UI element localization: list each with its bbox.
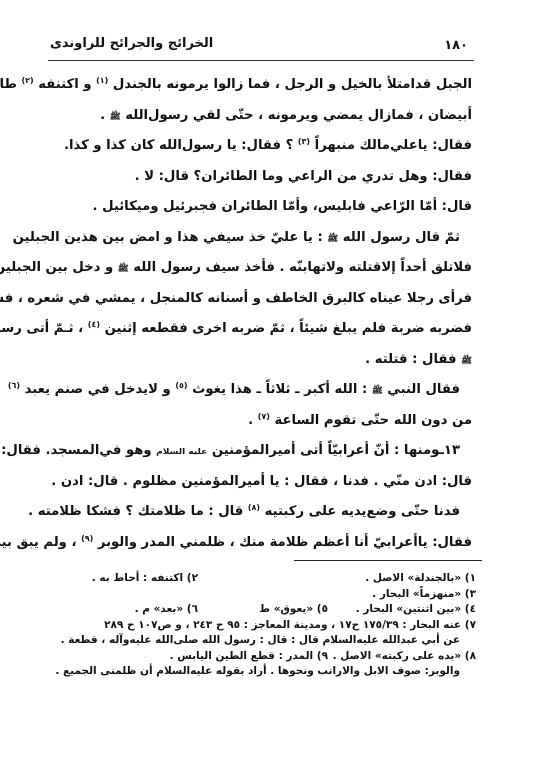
text-line: فقال النبي ﷺ : الله أكبر ـ ثلاثاً ـ هذا … <box>52 375 472 406</box>
page-header: ١٨٠ الخرائج والجرائح للراوندى <box>50 36 468 58</box>
footnote-marker[interactable]: (٥) <box>175 381 187 390</box>
footnote-3: ٣) «منهزماً» البحار . <box>372 587 476 603</box>
honorific-icon: ﷺ <box>118 256 129 283</box>
footnote-row: ٨) «يده على ركبته» الاصل . ٩) المدر : قط… <box>52 649 476 665</box>
footnote-4: ٤) «بين اثنتين» البحار . <box>356 602 476 618</box>
footnote-2: ٢) اكتنفه : أحاط به . <box>92 571 198 587</box>
text-line: أبيضان ، فمازال يمضي ويرمونه ، حتّى لقي … <box>52 101 472 132</box>
header-rule <box>48 60 474 61</box>
footnote-row: ٧) عنه البحار : ١٧٥/٣٩ ح١٧ ، ومدينة المع… <box>52 618 476 634</box>
honorific-icon: ﷺ <box>327 225 338 252</box>
text-line: الجبل قدامتلأ بالخيل و الرجل ، فما زالوا… <box>52 70 472 101</box>
footnote-marker[interactable]: (٣) <box>298 137 310 146</box>
footnote-7-continued: عن أبي عبدالله عليه‌السلام قال : قال : ر… <box>61 633 476 649</box>
footnote-9: ٩) المدر : قطع الطين اليابس . <box>170 649 328 665</box>
text-line: ثمّ قال رسول الله ﷺ : يا عليّ خذ سيفي هذ… <box>52 223 472 254</box>
text-line: فلاتلق أحداً إلاقتلته ولاتهابنّه . فأخذ … <box>52 253 472 284</box>
text-line: قال: أمّا الرّاعي فابليس، وأمّا الطائران… <box>52 192 472 223</box>
text-line: فقال: ياعلي‌مالك منبهراً (٣) ؟ فقال: يا … <box>52 131 472 162</box>
text-line: فرأى رجلا عيناه كالبرق الخاطف و أسنانه ك… <box>52 284 472 315</box>
footnote-5: ٥) «يعوق» ط <box>259 602 328 618</box>
book-page: ١٨٠ الخرائج والجرائح للراوندى الجبل قدام… <box>0 0 541 775</box>
footnote-row: ٤) «بين اثنتين» البحار . ٥) «يعوق» ط ٦) … <box>52 602 476 618</box>
footnote-row: عن أبي عبدالله عليه‌السلام قال : قال : ر… <box>52 633 476 649</box>
footnote-marker[interactable]: (٩) <box>81 534 93 543</box>
footnotes: ١) «بالجندلة» الاصل . ٢) اكتنفه : أحاط ب… <box>52 571 476 680</box>
text-line: ﷺ فقال : قتلته . <box>52 345 472 376</box>
footnote-1: ١) «بالجندلة» الاصل . <box>365 571 476 587</box>
footnote-8: ٨) «يده على ركبته» الاصل . <box>333 649 476 665</box>
footnote-marker[interactable]: (٤) <box>88 320 100 329</box>
footnote-7: ٧) عنه البحار : ١٧٥/٣٩ ح١٧ ، ومدينة المع… <box>104 618 476 634</box>
footnote-6: ٦) «بعد» م . <box>135 602 198 618</box>
honorific-icon: ﷺ <box>372 378 383 405</box>
footnote-marker[interactable]: (٨) <box>248 503 260 512</box>
text-line: ١٣ـومنها : أنّ أعرابيّاً أتى أميرالمؤمني… <box>52 436 472 467</box>
footnote-marker[interactable]: (٦) <box>8 381 20 390</box>
text-line: فضربه ضربة فلم يبلغ شيئاً ، ثمّ ضربه اخر… <box>52 314 472 345</box>
text-line: فقال: وهل تدري من الراعي وما الطائران؟ ق… <box>52 162 472 193</box>
footnote-separator <box>294 560 482 561</box>
footnote-row: ١) «بالجندلة» الاصل . ٢) اكتنفه : أحاط ب… <box>52 571 476 587</box>
honorific-icon: عليه السلام <box>156 439 207 466</box>
text-line: قال: ادن منّي . فدنا ، فقال : يا أميرالم… <box>52 467 472 498</box>
text-line: من دون الله حتّى تقوم الساعة (٧) . <box>52 406 472 437</box>
main-text: الجبل قدامتلأ بالخيل و الرجل ، فما زالوا… <box>52 70 472 558</box>
footnote-marker[interactable]: (١) <box>96 76 108 85</box>
honorific-icon: ﷺ <box>110 103 121 130</box>
page-number: ١٨٠ <box>444 38 468 53</box>
footnote-marker[interactable]: (٢) <box>22 76 34 85</box>
footnote-row: والوبر: صوف الابل والارانب ونحوها . أراد… <box>52 664 476 680</box>
running-title: الخرائج والجرائح للراوندى <box>50 36 213 51</box>
honorific-icon: ﷺ <box>461 347 472 374</box>
text-line: فدنا حتّى وضع‌يديه على ركبتيه (٨) قال : … <box>52 497 472 528</box>
footnote-row: ٣) «منهزماً» البحار . <box>52 587 476 603</box>
footnote-marker[interactable]: (٧) <box>258 412 270 421</box>
footnote-9-continued: والوبر: صوف الابل والارانب ونحوها . أراد… <box>55 664 476 680</box>
text-line: فقال: ياأعرابيّ أنا أعظم ظلامة منك ، ظلم… <box>52 528 472 559</box>
